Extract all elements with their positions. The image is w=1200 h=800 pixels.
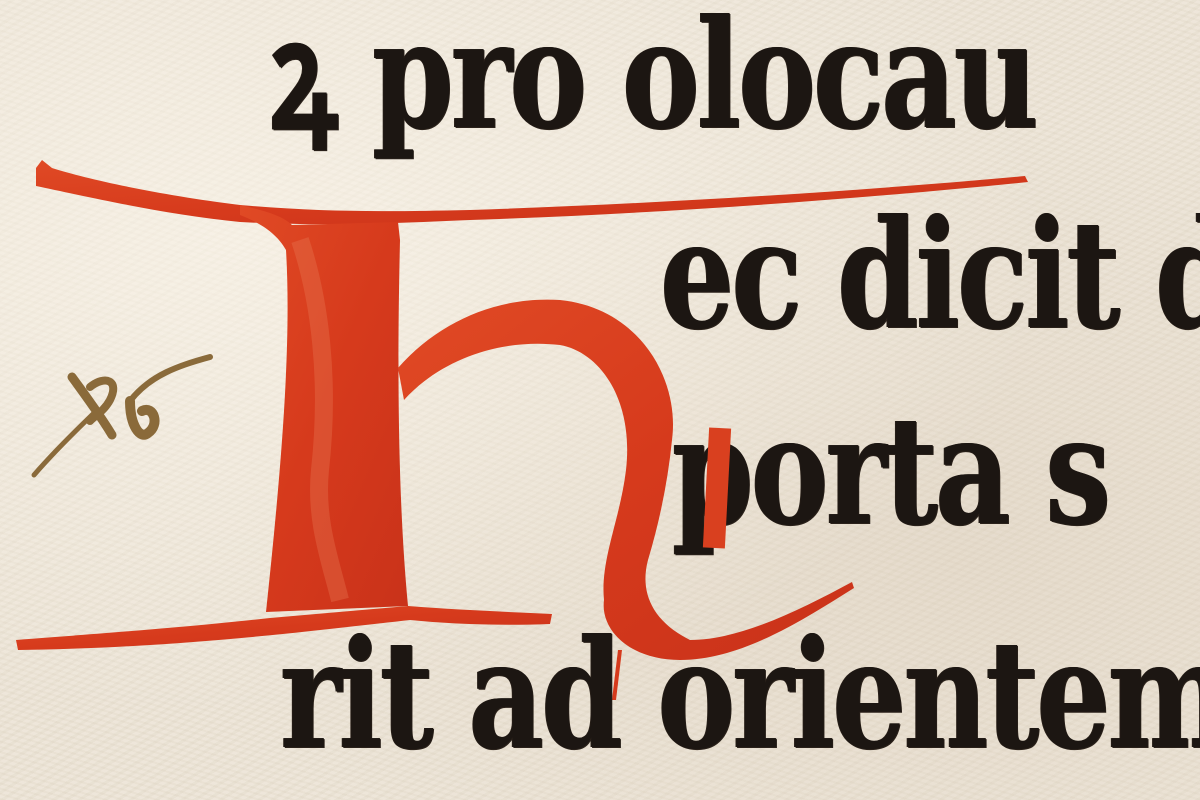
text-line-2: ec dicit d xyxy=(660,200,1200,350)
text-line-3: porta s xyxy=(672,396,1108,546)
text-line-4: rit ad orientem xyxy=(280,620,1200,770)
marginal-note xyxy=(30,345,220,485)
text-line-1: ꝝ pro olocau xyxy=(270,0,1036,150)
